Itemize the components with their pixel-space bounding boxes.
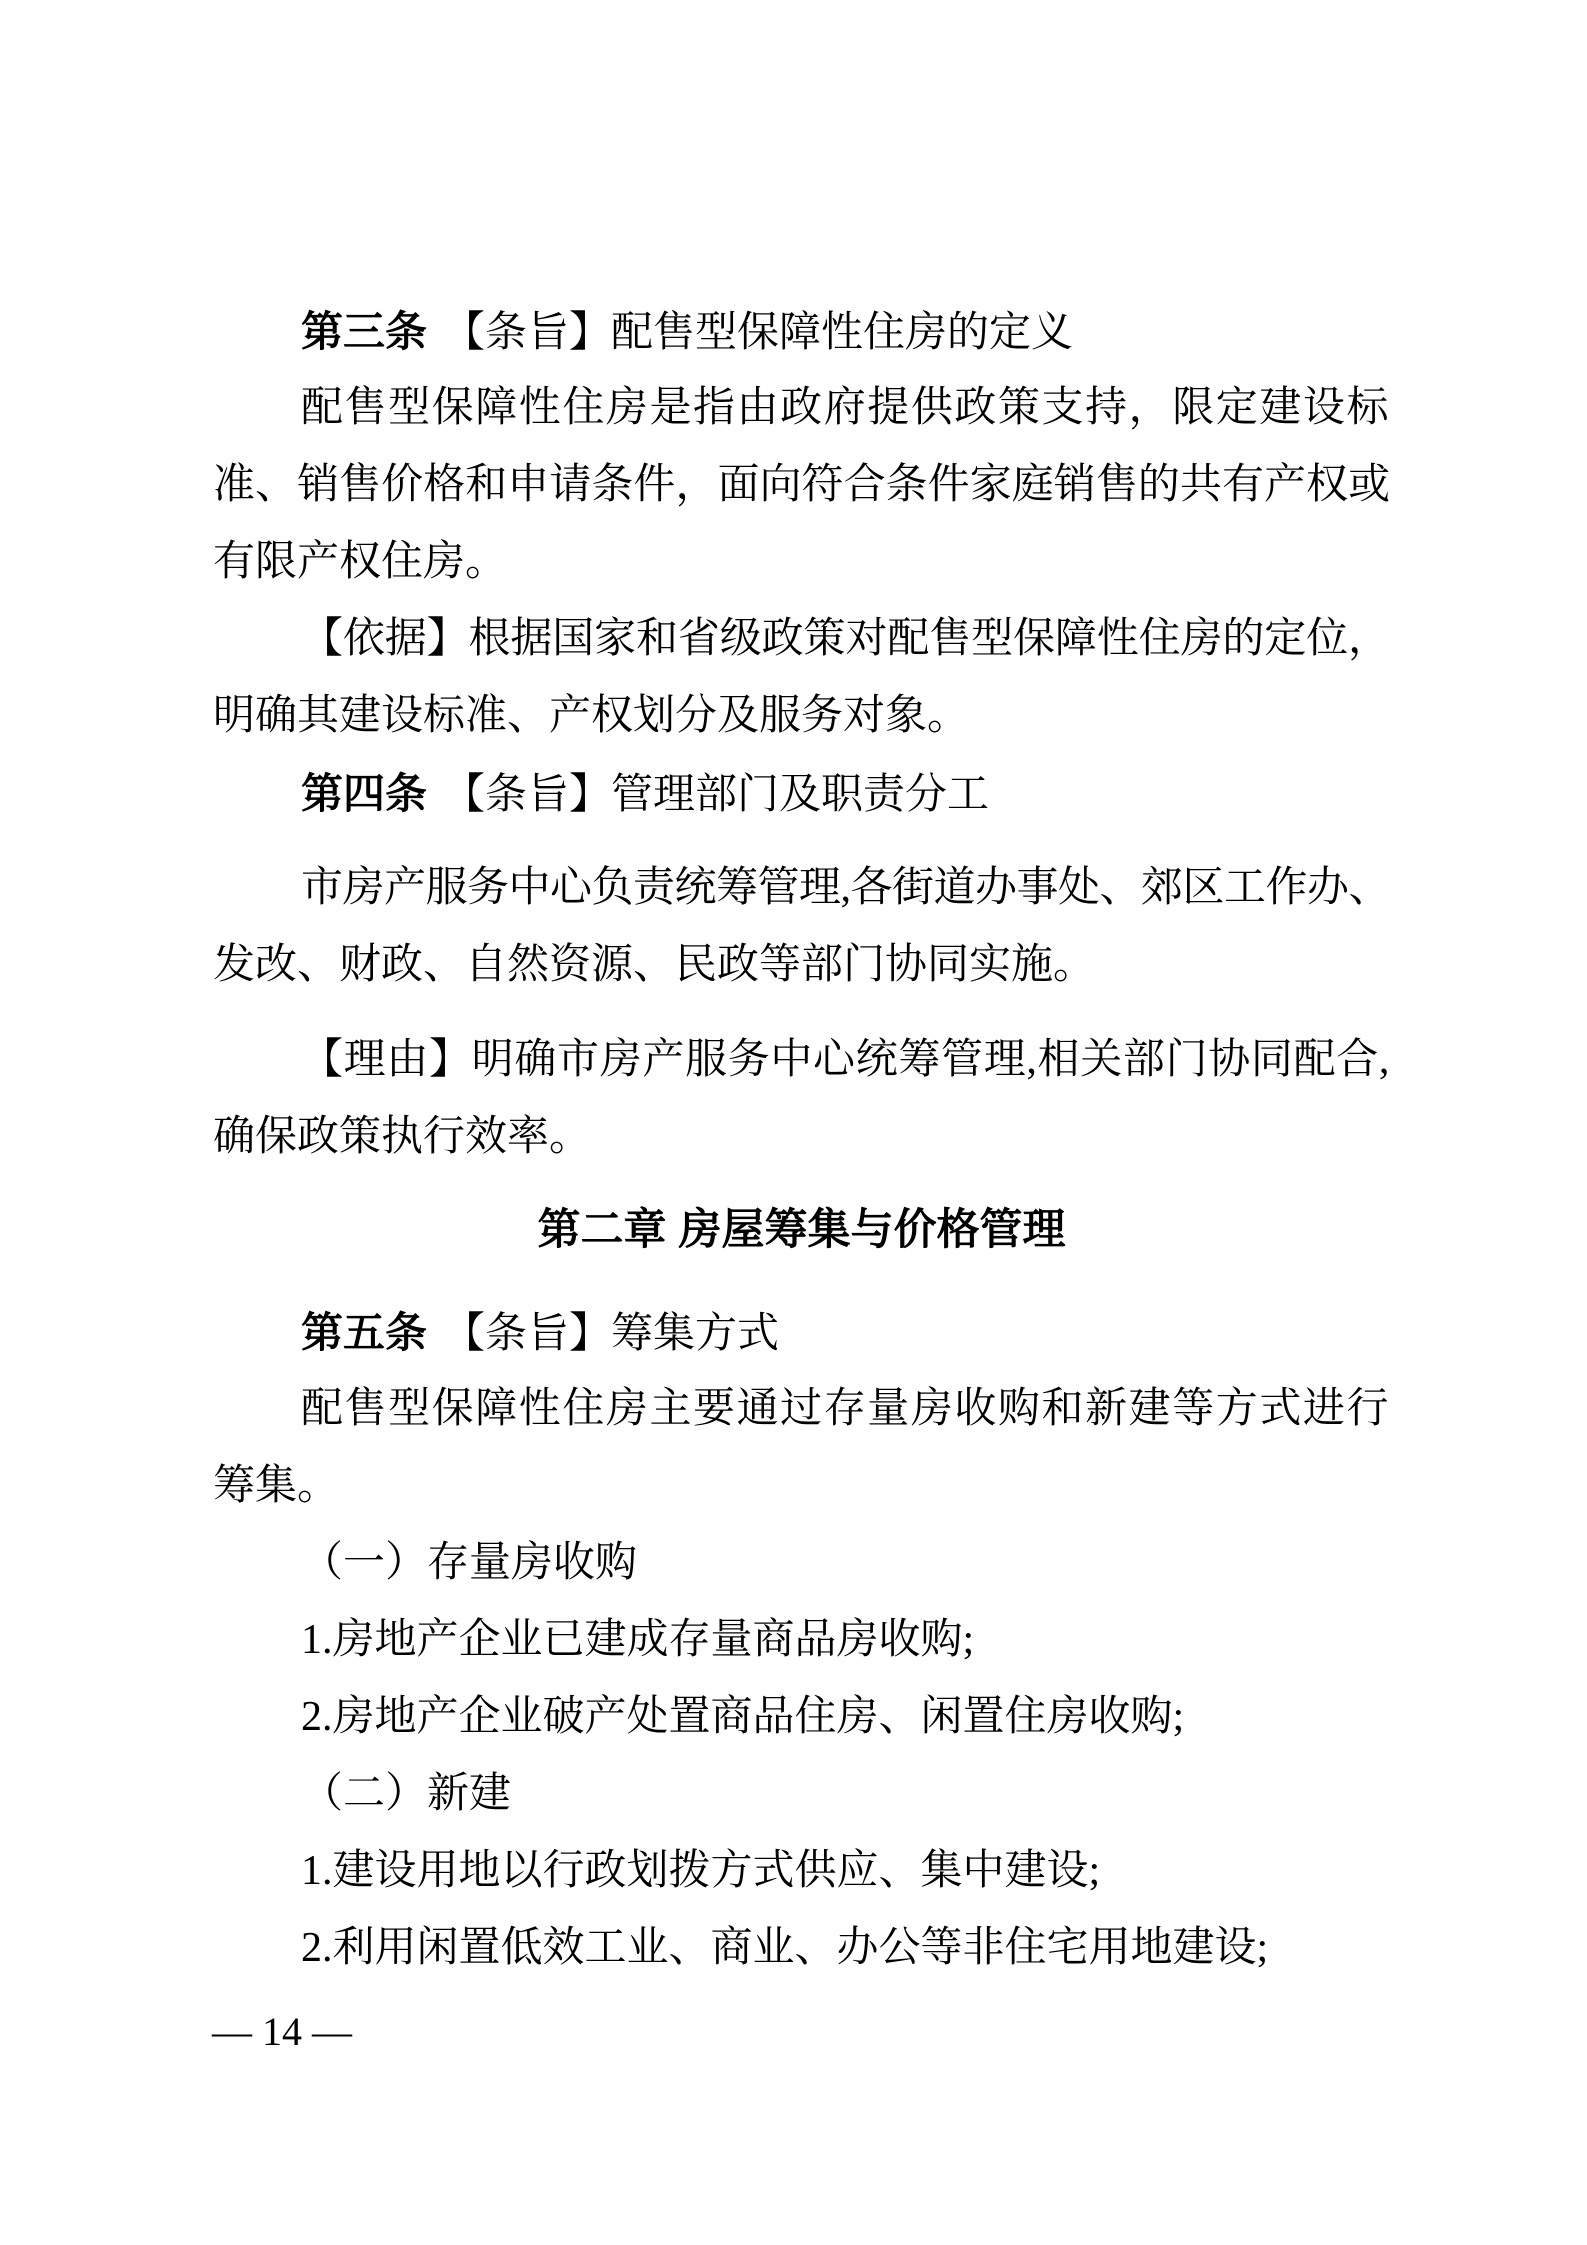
list-item-1-sub-1: 1.房地产企业已建成存量商品房收购; (213, 1602, 1390, 1679)
text-line: （二）新建 (213, 1756, 1390, 1833)
text-line: 准、销售价格和申请条件，面向符合条件家庭销售的共有产权或 (213, 447, 1390, 524)
list-item-1-sub-2: 2.房地产企业破产处置商品住房、闲置住房收购; (213, 1679, 1390, 1756)
text-line: 确保政策执行效率。 (213, 1099, 1390, 1176)
text-line: 配售型保障性住房是指由政府提供政策支持，限定建设标 (213, 370, 1390, 447)
text-line: 1.房地产企业已建成存量商品房收购; (213, 1602, 1390, 1679)
list-item-2-heading: （二）新建 (213, 1756, 1390, 1833)
list-item-2-sub-2: 2.利用闲置低效工业、商业、办公等非住宅用地建设; (213, 1910, 1390, 1987)
list-item-2-sub-1: 1.建设用地以行政划拨方式供应、集中建设; (213, 1833, 1390, 1910)
text-line: 筹集。 (213, 1448, 1390, 1525)
text-line: 发改、财政、自然资源、民政等部门协同实施。 (213, 927, 1390, 1004)
article-3-definition: 配售型保障性住房是指由政府提供政策支持，限定建设标 准、销售价格和申请条件，面向… (213, 370, 1390, 601)
text-line: 【依据】根据国家和省级政策对配售型保障性住房的定位， (213, 601, 1390, 678)
text-line: 第五条【条旨】筹集方式 (213, 1294, 1390, 1371)
chapter-heading: 第二章 房屋筹集与价格管理 (213, 1192, 1390, 1269)
text-line: 明确其建设标准、产权划分及服务对象。 (213, 678, 1390, 755)
article-title: 【条旨】配售型保障性住房的定义 (443, 310, 1073, 356)
article-number: 第三条 (301, 308, 427, 355)
article-5-heading: 第五条【条旨】筹集方式 (213, 1294, 1390, 1371)
article-title: 【条旨】筹集方式 (443, 1311, 779, 1357)
article-number: 第五条 (301, 1309, 427, 1356)
text-line: 第三条【条旨】配售型保障性住房的定义 (213, 293, 1390, 370)
text-line: 【理由】明确市房产服务中心统筹管理,相关部门协同配合, (213, 1022, 1390, 1099)
text-line: 2.房地产企业破产处置商品住房、闲置住房收购; (213, 1679, 1390, 1756)
text-line: 市房产服务中心负责统筹管理,各街道办事处、郊区工作办、 (213, 850, 1390, 927)
article-3-heading: 第三条【条旨】配售型保障性住房的定义 (213, 293, 1390, 370)
page-number: — 14 — (212, 2012, 352, 2052)
text-line: （一）存量房收购 (213, 1525, 1390, 1602)
text-line: 配售型保障性住房主要通过存量房收购和新建等方式进行 (213, 1371, 1390, 1448)
text-line: 第四条【条旨】管理部门及职责分工 (213, 755, 1390, 832)
article-4-heading: 第四条【条旨】管理部门及职责分工 (213, 755, 1390, 832)
article-title: 【条旨】管理部门及职责分工 (443, 772, 989, 818)
text-line: 2.利用闲置低效工业、商业、办公等非住宅用地建设; (213, 1910, 1390, 1987)
text-line: 有限产权住房。 (213, 524, 1390, 601)
text-line: 1.建设用地以行政划拨方式供应、集中建设; (213, 1833, 1390, 1910)
article-number: 第四条 (301, 770, 427, 817)
article-3-basis: 【依据】根据国家和省级政策对配售型保障性住房的定位， 明确其建设标准、产权划分及… (213, 601, 1390, 755)
document-body: 第三条【条旨】配售型保障性住房的定义 配售型保障性住房是指由政府提供政策支持，限… (213, 293, 1390, 1987)
document-page: { "colors": { "text": "#000000", "backgr… (0, 0, 1587, 2245)
list-item-1-heading: （一）存量房收购 (213, 1525, 1390, 1602)
article-4-reason: 【理由】明确市房产服务中心统筹管理,相关部门协同配合, 确保政策执行效率。 (213, 1022, 1390, 1176)
article-5-body: 配售型保障性住房主要通过存量房收购和新建等方式进行 筹集。 (213, 1371, 1390, 1525)
article-4-body: 市房产服务中心负责统筹管理,各街道办事处、郊区工作办、 发改、财政、自然资源、民… (213, 850, 1390, 1004)
